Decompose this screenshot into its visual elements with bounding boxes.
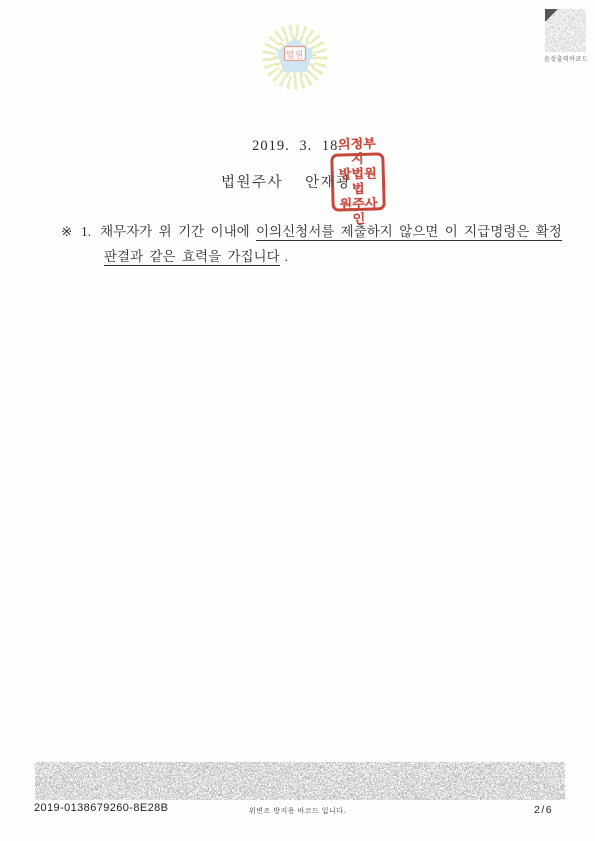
document-page: 법원 음성출력바코드 2019. 3. 18. 법원주사 안재광 의정부: [0, 0, 595, 841]
notice-line-1: ※1.채무자가 위 기간 이내에 이의신청서를 제출하지 않으면 이 지급명령은…: [61, 220, 562, 240]
court-emblem-stamp: 법원: [253, 24, 337, 90]
voice-barcode-caption: 음성출력바코드: [538, 54, 594, 63]
barcode-caption: 위변조 방지용 바코드 입니다.: [0, 806, 595, 816]
seal-text-row: 의정부지: [332, 136, 383, 167]
legal-notice: ※1.채무자가 위 기간 이내에 이의신청서를 제출하지 않으면 이 지급명령은…: [61, 220, 562, 265]
decision-date: 2019. 3. 18.: [0, 138, 595, 155]
emblem-label: 법원: [286, 50, 304, 60]
notice-line-2: 판결과 같은 효력을 가집니다.: [61, 245, 562, 265]
notice-text-underlined: 이의신청서를 제출하지 않으면 이 지급명령은 확정: [256, 224, 562, 241]
notice-text-plain: 채무자가 위 기간 이내에: [100, 224, 256, 239]
seal-text-row: 방법원법: [332, 166, 383, 197]
reference-mark: ※: [61, 224, 81, 240]
notice-number: 1.: [81, 224, 91, 240]
voice-output-barcode: [545, 9, 586, 52]
notice-text-underlined: 판결과 같은 효력을 가집니다: [104, 249, 280, 266]
signer-title: 법원주사: [221, 175, 283, 191]
page-number: 2/6: [534, 804, 553, 816]
notice-period: .: [285, 249, 288, 264]
official-red-seal: 의정부지 방법원법 원주사인: [330, 152, 386, 211]
anti-forgery-barcode: [35, 762, 565, 800]
